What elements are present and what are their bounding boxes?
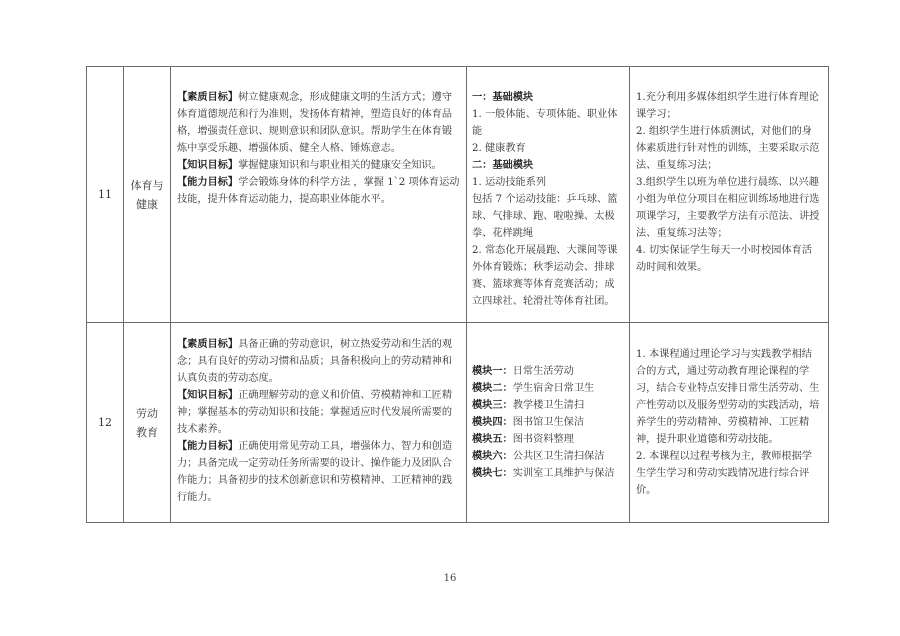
teaching-methods: 1.充分利用多媒体组织学生进行体育理论课学习； 2. 组织学生进行体质测试，对他… — [630, 67, 829, 323]
module-label: 模块七： — [472, 467, 513, 479]
module-text: 日常生活劳动 — [513, 366, 574, 377]
module-label: 模块五： — [472, 433, 513, 445]
goal-label: 【能力目标】 — [177, 176, 238, 188]
course-goals: 【素质目标】树立健康观念，形成健康文明的生活方式；遵守体育道德规范和行为准则，发… — [171, 67, 467, 323]
module-item: 2. 健康教育 — [472, 140, 624, 157]
module-item: 模块五：图书资料整理 — [472, 431, 624, 448]
course-name-line: 体育与 — [124, 176, 170, 195]
goal-label: 【素质目标】 — [177, 338, 238, 350]
goal-quality: 【素质目标】树立健康观念，形成健康文明的生活方式；遵守体育道德规范和行为准则，发… — [177, 89, 460, 157]
module-item: 模块四：图书馆卫生保洁 — [472, 414, 624, 431]
course-number: 11 — [87, 67, 124, 323]
module-item: 模块三：教学楼卫生清扫 — [472, 397, 624, 414]
table-row: 11 体育与 健康 【素质目标】树立健康观念，形成健康文明的生活方式；遵守体育道… — [87, 67, 829, 323]
module-item: 1. 运动技能系列 — [472, 174, 624, 191]
goal-ability: 【能力目标】学会锻炼身体的科学方法 ，掌握 1`2 项体育运动技能，提升体育运动… — [177, 174, 460, 208]
module-text: 教学楼卫生清扫 — [513, 400, 584, 411]
module-label: 模块三： — [472, 399, 513, 411]
module-text: 实训室工具维护与保洁 — [513, 468, 615, 479]
course-table: 11 体育与 健康 【素质目标】树立健康观念，形成健康文明的生活方式；遵守体育道… — [86, 66, 829, 523]
module-label: 模块六： — [472, 450, 513, 462]
goal-knowledge: 【知识目标】掌握健康知识和与职业相关的健康安全知识。 — [177, 157, 460, 174]
module-text: 图书资料整理 — [513, 434, 574, 445]
module-item: 1. 一般体能、专项体能、职业体能 — [472, 106, 624, 140]
page-number: 16 — [0, 573, 900, 584]
method-item: 4. 切实保证学生每天一小时校园体育活动时间和效果。 — [636, 242, 822, 276]
method-item: 3.组织学生以班为单位进行晨练、以兴趣小组为单位分项目在相应训练场地进行选项课学… — [636, 174, 822, 242]
module-text: 学生宿舍日常卫生 — [513, 383, 595, 394]
module-text: 公共区卫生清扫保洁 — [513, 451, 605, 462]
module-label: 模块二： — [472, 382, 513, 394]
course-name: 劳动 教育 — [124, 323, 171, 523]
course-modules: 一：基础模块 1. 一般体能、专项体能、职业体能 2. 健康教育 二：基础模块 … — [467, 67, 630, 323]
method-item: 1.充分利用多媒体组织学生进行体育理论课学习； — [636, 89, 822, 123]
goal-quality: 【素质目标】具备正确的劳动意识，树立热爱劳动和生活的观念；具有良好的劳动习惯和品… — [177, 336, 460, 387]
course-name: 体育与 健康 — [124, 67, 171, 323]
module-label: 模块一： — [472, 365, 513, 377]
table-row: 12 劳动 教育 【素质目标】具备正确的劳动意识，树立热爱劳动和生活的观念；具有… — [87, 323, 829, 523]
course-modules: 模块一：日常生活劳动 模块二：学生宿舍日常卫生 模块三：教学楼卫生清扫 模块四：… — [467, 323, 630, 523]
goal-label: 【知识目标】 — [177, 389, 238, 401]
course-goals: 【素质目标】具备正确的劳动意识，树立热爱劳动和生活的观念；具有良好的劳动习惯和品… — [171, 323, 467, 523]
method-item: 2. 本课程以过程考核为主，教师根据学生学生学习和劳动实践情况进行综合评价。 — [636, 448, 822, 499]
module-label: 模块四： — [472, 416, 513, 428]
method-item: 2. 组织学生进行体质测试，对他们的身体素质进行针对性的训练，主要采取示范法、重… — [636, 123, 822, 174]
course-name-line: 劳动 — [124, 404, 170, 423]
module-heading: 二：基础模块 — [472, 157, 624, 174]
module-item: 模块一：日常生活劳动 — [472, 363, 624, 380]
goal-knowledge: 【知识目标】正确理解劳动的意义和价值、劳模精神和工匠精神；掌握基本的劳动知识和技… — [177, 387, 460, 438]
goal-label: 【能力目标】 — [177, 440, 238, 452]
goal-label: 【素质目标】 — [177, 91, 238, 103]
method-item: 1. 本课程通过理论学习与实践教学相结合的方式，通过劳动教育理论课程的学习，结合… — [636, 346, 822, 448]
module-text: 图书馆卫生保洁 — [513, 417, 584, 428]
module-heading: 一：基础模块 — [472, 89, 624, 106]
goal-text: 掌握健康知识和与职业相关的健康安全知识。 — [238, 160, 442, 171]
course-name-line: 健康 — [124, 195, 170, 214]
goal-ability: 【能力目标】正确使用常见劳动工具，增强体力、智力和创造力；具备完成一定劳动任务所… — [177, 438, 460, 506]
teaching-methods: 1. 本课程通过理论学习与实践教学相结合的方式，通过劳动教育理论课程的学习，结合… — [630, 323, 829, 523]
goal-label: 【知识目标】 — [177, 159, 238, 171]
course-number: 12 — [87, 323, 124, 523]
module-item: 2. 常态化开展晨跑、大课间等课外体育锻炼；秋季运动会、排球赛、篮球赛等体育竞赛… — [472, 242, 624, 310]
module-item: 模块二：学生宿舍日常卫生 — [472, 380, 624, 397]
module-item: 包括 7 个运动技能：乒乓球、篮球、气排球、跑、啦啦操、太极拳、花样跳绳 — [472, 191, 624, 242]
module-item: 模块六：公共区卫生清扫保洁 — [472, 448, 624, 465]
module-item: 模块七：实训室工具维护与保洁 — [472, 465, 624, 482]
course-name-line: 教育 — [124, 423, 170, 442]
